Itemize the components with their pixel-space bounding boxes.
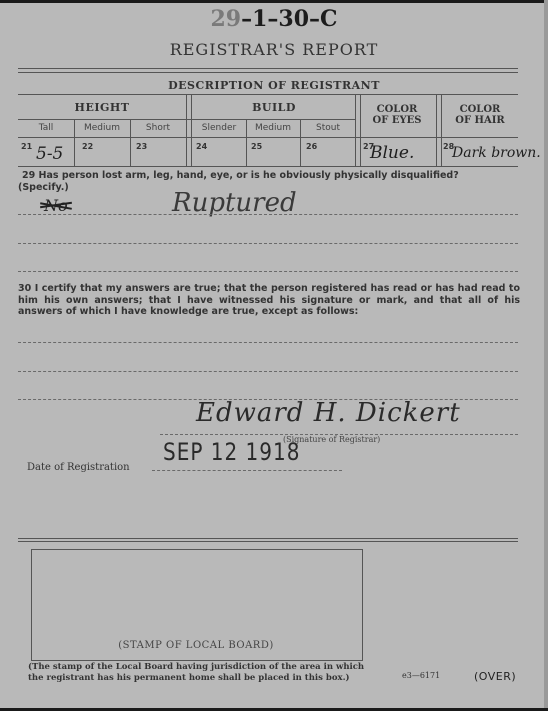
report-title: REGISTRAR'S REPORT (0, 40, 548, 59)
answer-line (18, 243, 518, 244)
answer-line (18, 271, 518, 272)
field-number-21: 21 (21, 142, 32, 151)
hair-label-line2: OF HAIR (442, 115, 518, 126)
question-30-text: 30 I certify that my answers are true; t… (18, 283, 520, 318)
divider (18, 68, 518, 69)
column-divider (74, 119, 75, 167)
height-tall-value: 5-5 (36, 144, 63, 164)
field-number-25: 25 (251, 142, 262, 151)
build-group-label: BUILD (192, 101, 356, 114)
struck-answer: No (44, 196, 68, 215)
answer-line (18, 342, 518, 343)
build-slender-label: Slender (192, 123, 246, 133)
over-label: (OVER) (474, 670, 516, 683)
description-title: DESCRIPTION OF REGISTRANT (0, 79, 548, 92)
eyes-label: COLOR OF EYES (362, 104, 432, 126)
column-divider (300, 119, 301, 167)
height-tall-label: Tall (18, 123, 74, 133)
registrar-signature: Edward H. Dickert (196, 398, 461, 428)
eyes-label-line1: COLOR (362, 104, 432, 115)
group-divider (355, 94, 361, 167)
scan-right-edge (544, 0, 548, 711)
column-divider (246, 119, 247, 167)
hair-label: COLOR OF HAIR (442, 104, 518, 126)
question-29-text: 29 Has person lost arm, leg, hand, eye, … (22, 170, 522, 181)
form-number: e3—6171 (402, 671, 440, 680)
divider (18, 541, 518, 542)
divider (18, 538, 518, 539)
serial-main: –1–30–C (241, 6, 337, 32)
field-number-23: 23 (136, 142, 147, 151)
date-line (152, 470, 342, 471)
hair-label-line1: COLOR (442, 104, 518, 115)
build-medium-label: Medium (246, 123, 300, 133)
scan-top-border (0, 0, 548, 3)
divider (18, 166, 518, 167)
height-short-label: Short (130, 123, 186, 133)
build-stout-label: Stout (300, 123, 356, 133)
registration-date-stamp: SEP 12 1918 (163, 437, 300, 466)
eyes-label-line2: OF EYES (362, 115, 432, 126)
stamp-box-label: (STAMP OF LOCAL BOARD) (31, 640, 361, 651)
field-number-22: 22 (82, 142, 93, 151)
answer-line (18, 371, 518, 372)
eye-color-value: Blue. (370, 143, 414, 163)
stamp-box-note: (The stamp of the Local Board having jur… (28, 662, 368, 684)
field-number-26: 26 (306, 142, 317, 151)
hair-color-value: Dark brown. (452, 145, 541, 161)
column-divider (130, 119, 131, 167)
field-number-24: 24 (196, 142, 207, 151)
registration-date-label: Date of Registration (27, 462, 130, 473)
serial-prefix: 29 (210, 6, 241, 32)
serial-number: 29–1–30–C (0, 6, 548, 32)
answer-line (18, 214, 518, 215)
divider (18, 94, 518, 95)
height-group-label: HEIGHT (18, 101, 186, 114)
divider (18, 137, 518, 138)
divider (18, 72, 518, 73)
height-medium-label: Medium (74, 123, 130, 133)
